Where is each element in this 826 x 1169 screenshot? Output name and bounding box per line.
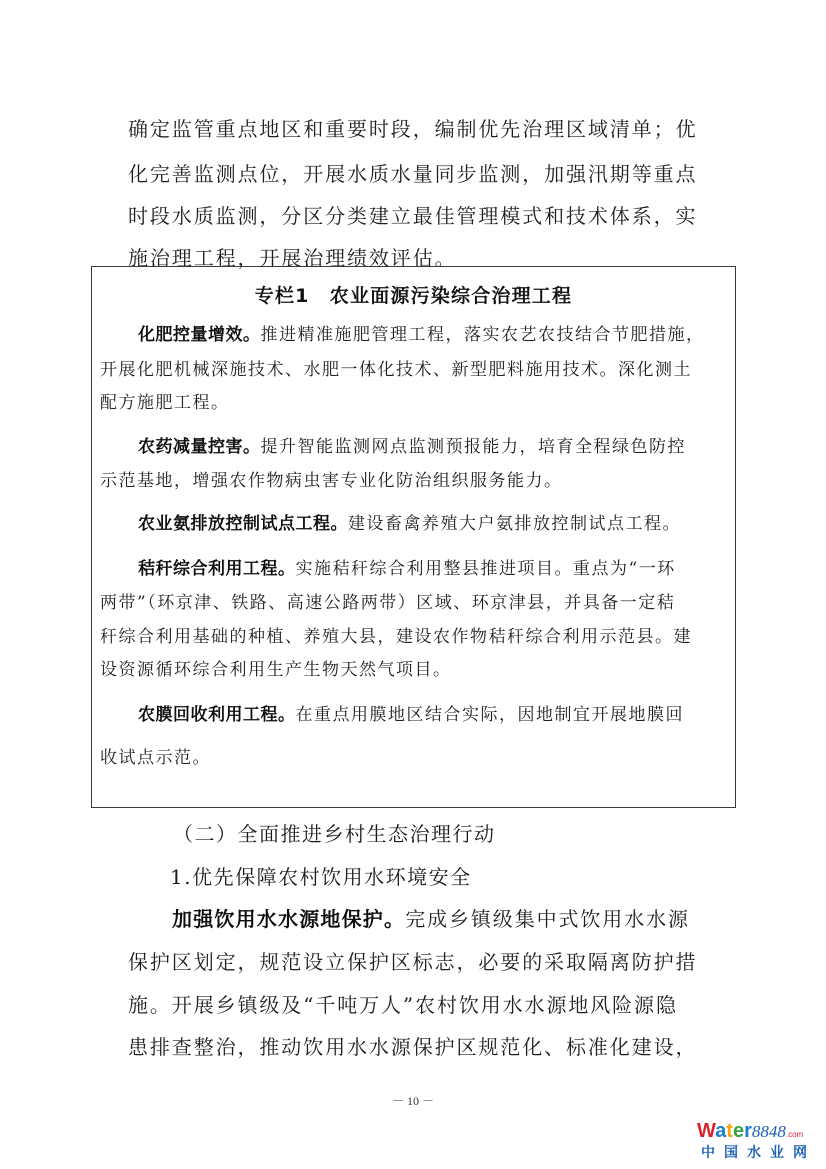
watermark-chinese: 中国水业网 [701, 1142, 816, 1162]
body-line: 确定监管重点地区和重要时段，编制优先治理区域清单；优 [128, 117, 697, 141]
box-item-text: 推进精准施肥管理工程，落实农艺农技结合节肥措施， [261, 325, 705, 345]
box-item-text: 实施秸秆综合利用整县推进项目。重点为“一环 [296, 559, 676, 579]
box-item-text: 在重点用膜地区结合实际，因地制宜开展地膜回 [296, 705, 685, 725]
paragraph-text: 完成乡镇级集中式饮用水水源 [405, 907, 690, 931]
box-item-text: 建设畜禽养殖大户氨排放控制试点工程。 [348, 514, 681, 534]
column-box-title: 专栏1 农业面源污染综合治理工程 [92, 281, 735, 308]
box-line: 开展化肥机械深施技术、水肥一体化技术、新型肥料施用技术。深化测土 [100, 359, 692, 381]
box-item-straw: 秸秆综合利用工程。实施秸秆综合利用整县推进项目。重点为“一环 [138, 558, 676, 580]
box-item-text: 提升智能监测网点监测预报能力，培育全程绿色防控 [261, 437, 687, 457]
body-line: 化完善监测点位，开展水质水量同步监测，加强汛期等重点 [128, 162, 697, 186]
box-item-lead: 农膜回收利用工程。 [138, 705, 296, 725]
paragraph-lead: 加强饮用水水源地保护。 [172, 907, 405, 931]
watermark-letter: t [726, 1120, 733, 1142]
subsection-heading: 1.优先保障农村饮用水环境安全 [170, 865, 472, 889]
box-item-film: 农膜回收利用工程。在重点用膜地区结合实际，因地制宜开展地膜回 [138, 704, 684, 726]
box-item-pesticide: 农药减量控害。提升智能监测网点监测预报能力，培育全程绿色防控 [138, 436, 686, 458]
watermark-number: 8848 [752, 1122, 786, 1141]
box-item-lead: 农药减量控害。 [138, 437, 261, 457]
body-line-lead: 加强饮用水水源地保护。完成乡镇级集中式饮用水水源 [172, 907, 690, 931]
box-item-lead: 化肥控量增效。 [138, 325, 261, 345]
watermark-suffix: .com [786, 1130, 803, 1139]
box-item-lead: 秸秆综合利用工程。 [138, 559, 296, 579]
box-line: 示范基地，增强农作物病虫害专业化防治组织服务能力。 [100, 470, 563, 492]
box-line: 两带”（环京津、铁路、高速公路两带）区域、环京津县，并具备一定秸 [100, 592, 675, 614]
box-item-ammonia: 农业氨排放控制试点工程。建设畜禽养殖大户氨排放控制试点工程。 [138, 513, 681, 535]
box-line: 设资源循环综合利用生产生物天然气项目。 [100, 659, 452, 681]
body-line: 施。开展乡镇级及“千吨万人”农村饮用水水源地风险源隐 [128, 993, 678, 1017]
box-line: 收试点示范。 [100, 747, 211, 769]
body-line: 保护区划定，规范设立保护区标志，必要的采取隔离防护措 [128, 950, 697, 974]
column-box: 专栏1 农业面源污染综合治理工程 化肥控量增效。推进精准施肥管理工程，落实农艺农… [91, 266, 736, 808]
section-heading: （二）全面推进乡村生态治理行动 [173, 822, 496, 846]
page-number: － 10 － [0, 1092, 826, 1109]
box-line: 配方施肥工程。 [100, 392, 230, 414]
watermark-letter: e [733, 1120, 744, 1142]
watermark-letter: r [744, 1120, 752, 1142]
box-item-fertilizer: 化肥控量增效。推进精准施肥管理工程，落实农艺农技结合节肥措施， [138, 324, 705, 346]
body-line: 患排查整治，推动饮用水水源保护区规范化、标准化建设， [128, 1035, 697, 1059]
box-item-lead: 农业氨排放控制试点工程。 [138, 514, 348, 534]
body-line: 时段水质监测，分区分类建立最佳管理模式和技术体系，实 [128, 204, 697, 228]
watermark-letter: W [697, 1120, 715, 1142]
watermark-letter: a [715, 1120, 726, 1142]
watermark-logo: Water8848.com 中国水业网 [697, 1120, 823, 1164]
box-line: 秆综合利用基础的种植、养殖大县，建设农作物秸秆综合利用示范县。建 [100, 626, 692, 648]
